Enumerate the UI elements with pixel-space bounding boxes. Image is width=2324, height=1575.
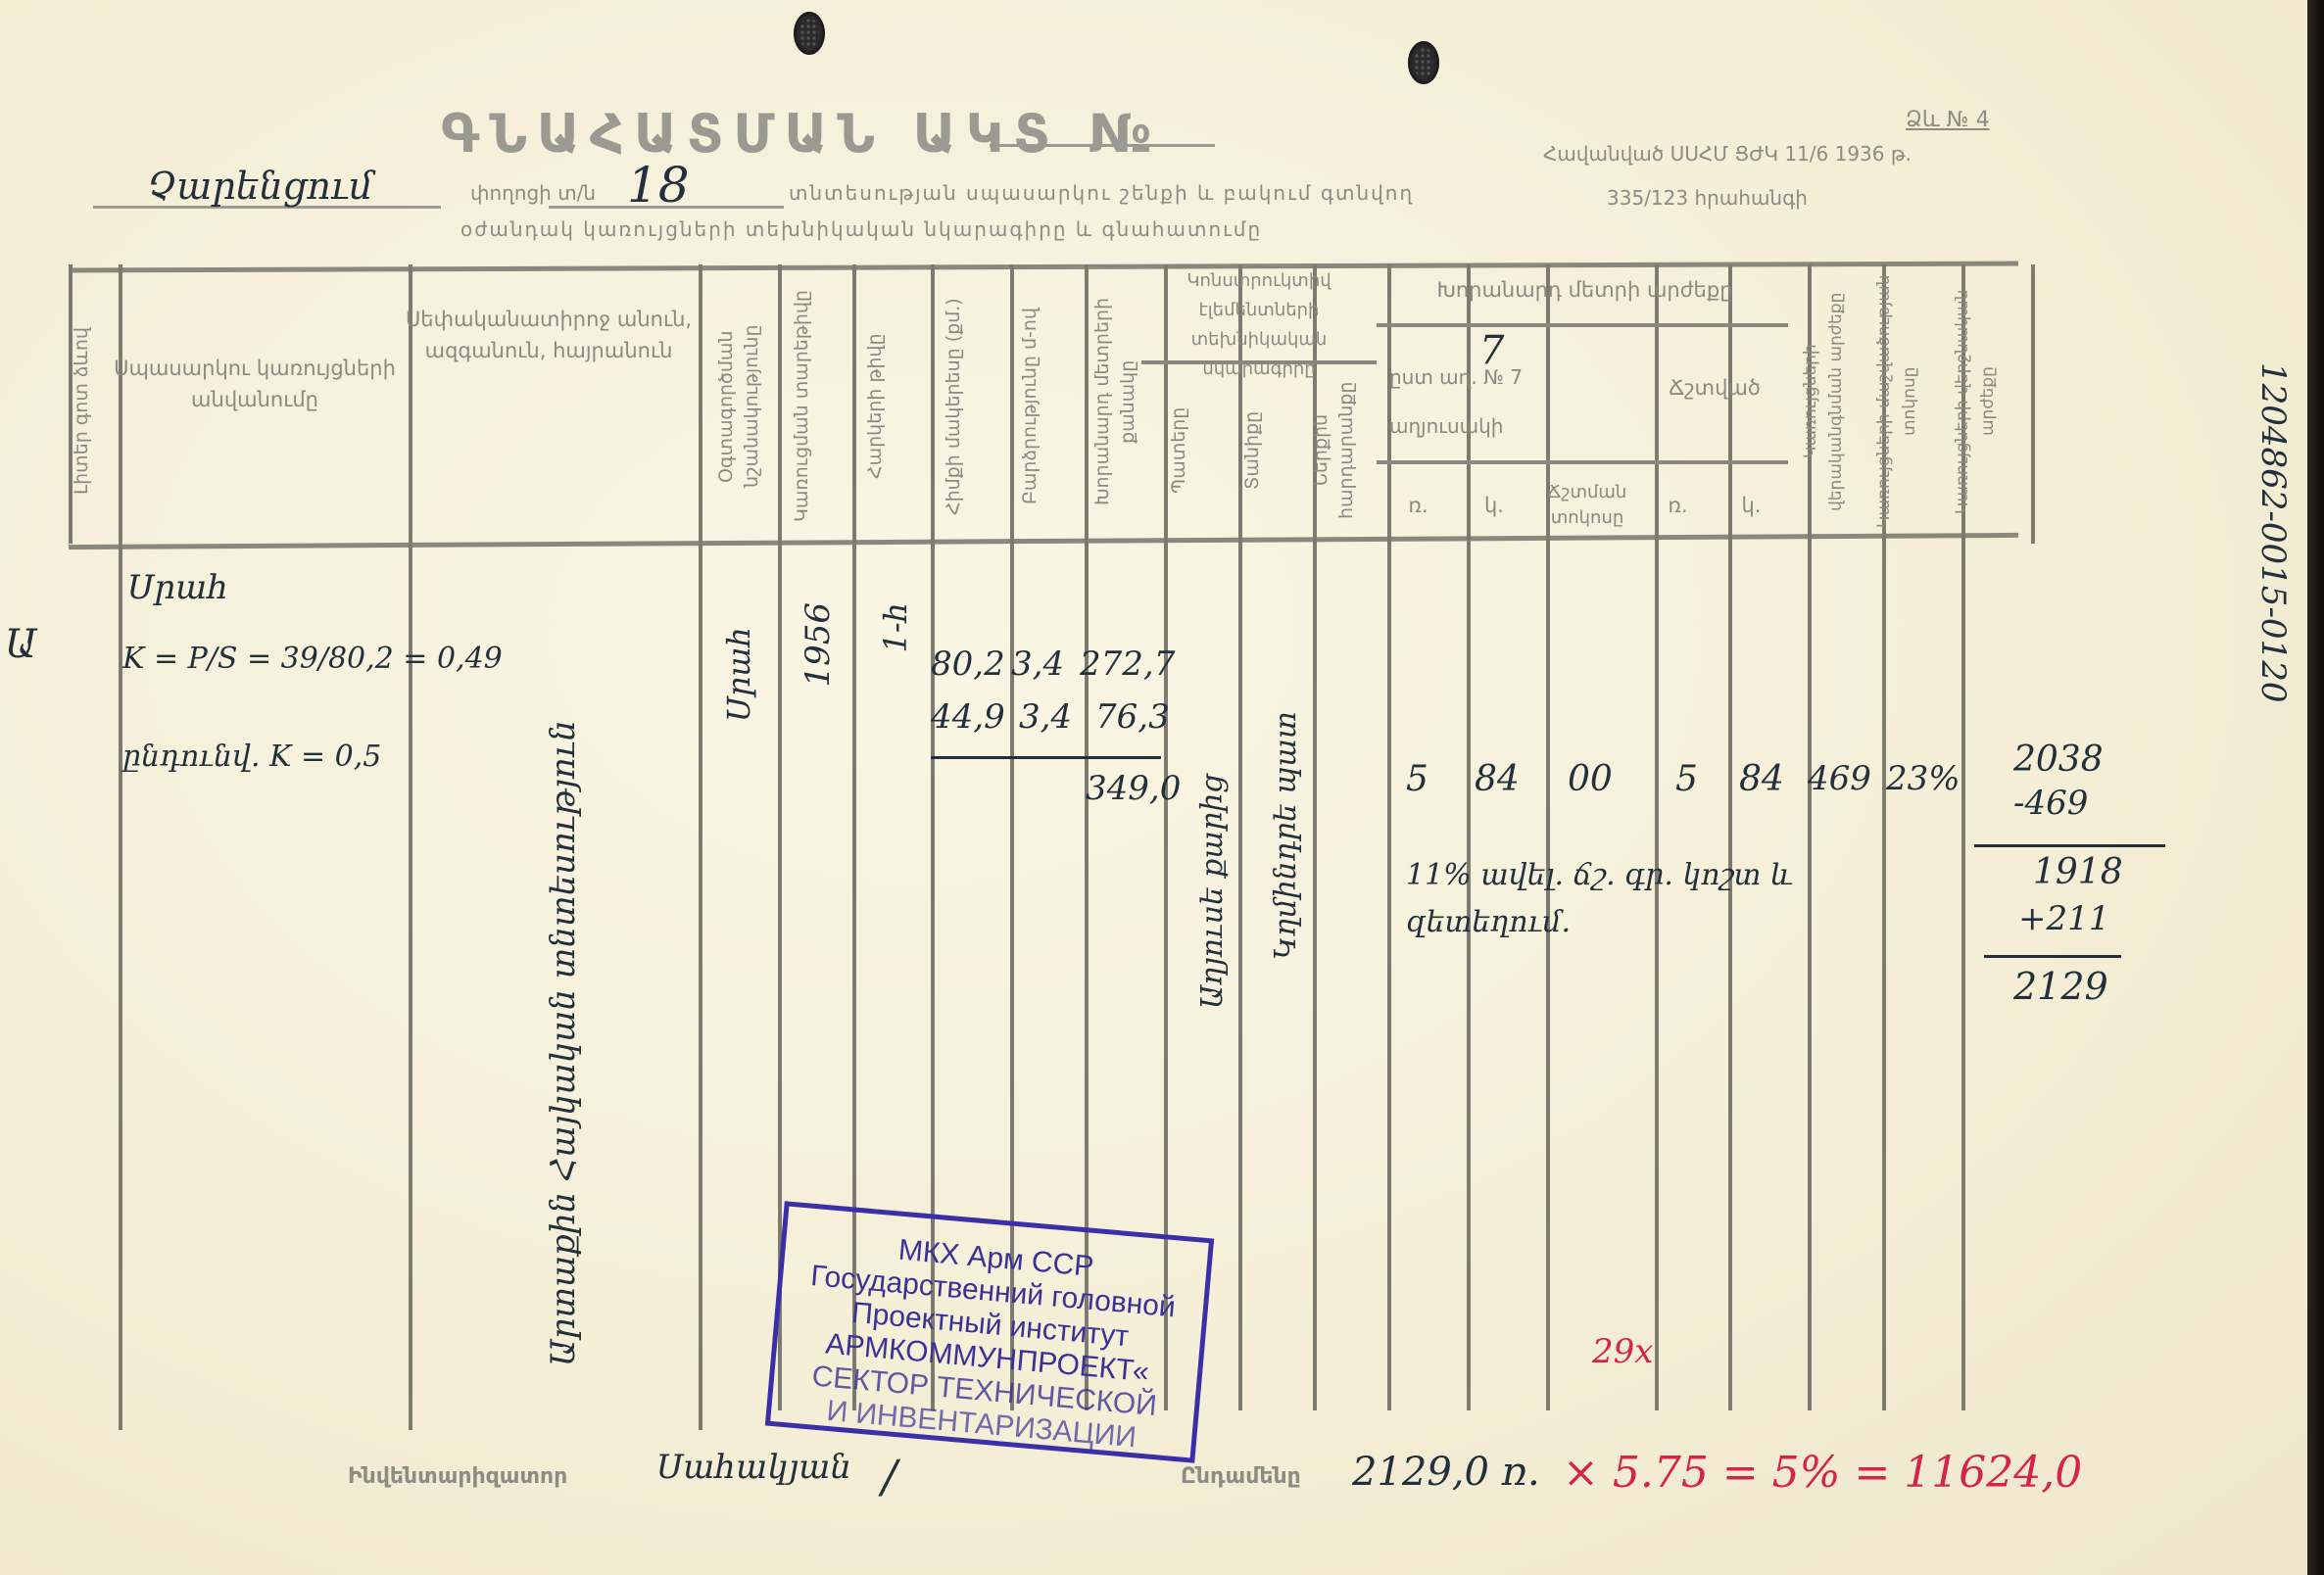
row-liter: Ա xyxy=(5,622,36,667)
approval-line-2: 335/123 հրահանգի xyxy=(1607,186,1808,210)
calc-line-1 xyxy=(1974,844,2165,847)
header-name: Սպասարկու կառույցների անվանումը xyxy=(108,353,402,415)
document-title: ԳՆԱՀԱՏՄԱՆ ԱԿՏ № xyxy=(441,103,1161,165)
header-adjusted: Ճշտված xyxy=(1641,372,1788,404)
header-year: Կառուցման տարեթիվը xyxy=(789,284,847,529)
header-purpose: Օգտագործման նշանակությունը xyxy=(713,284,772,529)
row-adjust-pct: 00 xyxy=(1568,759,1613,799)
header-constructive: Կոնստրուկտիվ էլեմենտների տեխնիկական նկար… xyxy=(1141,266,1377,384)
row-volume-2: 76,3 xyxy=(1095,697,1170,737)
price-subheader-line-2 xyxy=(1377,460,1788,464)
row-volume-total: 349,0 xyxy=(1086,769,1181,808)
table-column-rule xyxy=(1546,264,1550,1410)
scan-edge xyxy=(2307,0,2324,1575)
calc-4: +211 xyxy=(2018,899,2109,938)
header-by-table: ըստ աղ. № 7 աղյուսակի xyxy=(1381,353,1541,451)
punch-hole-icon xyxy=(794,12,825,55)
header-k-2: կ. xyxy=(1715,490,1788,521)
sum-line xyxy=(931,756,1161,759)
header-k-1: կ. xyxy=(1455,490,1533,521)
red-mark: 29x xyxy=(1592,1332,1653,1371)
row-note: 11% ավել. ճշ. գր. կոշտ և զետեղում. xyxy=(1406,852,1866,946)
row-wear-pct: 23% xyxy=(1886,759,1961,798)
row-adjusted-k: 84 xyxy=(1739,759,1784,799)
table-column-rule xyxy=(119,264,122,1430)
header-r-2: ռ. xyxy=(1641,490,1715,521)
district-handwritten: Չարենցում xyxy=(147,165,373,208)
table-column-rule xyxy=(1655,264,1659,1410)
row-name: Սրահ xyxy=(127,568,228,607)
table-number: 7 xyxy=(1479,328,1504,373)
inventory-label: Ինվենտարիզատոր xyxy=(348,1464,567,1489)
subtitle-line-1: տնտեսության սպասարկու շենքի և բակում գտն… xyxy=(789,181,1414,205)
table-column-rule xyxy=(2031,264,2035,544)
price-subheader-line xyxy=(1377,323,1788,327)
title-number-line xyxy=(990,144,1215,147)
row-year: 1956 xyxy=(799,602,838,688)
red-calculation: × 5.75 = 5% = 11624,0 xyxy=(1563,1448,2082,1498)
header-roof: Տանիքը xyxy=(1239,372,1279,529)
calc-3: 1918 xyxy=(2033,852,2123,892)
row-accepted: ընդունվ. K = 0,5 xyxy=(122,740,381,774)
row-height-2: 3,4 xyxy=(1019,697,1072,737)
row-purpose: Սրահ xyxy=(720,627,757,722)
row-area-2: 44,9 xyxy=(931,697,1005,737)
row-height-1: 3,4 xyxy=(1011,644,1064,684)
table-column-rule xyxy=(409,264,412,1430)
header-r-1: ռ. xyxy=(1381,490,1455,521)
header-floors: Հարկերի թիվը xyxy=(862,284,921,529)
institute-stamp: МКХ Арм ССР Государственний головной Про… xyxy=(765,1201,1214,1462)
header-walls: Պատերը xyxy=(1166,372,1205,529)
archive-number: 1204862-0015-0120 xyxy=(2253,362,2293,702)
header-adjust-pct: Ճշտման տոկոսը xyxy=(1533,480,1641,531)
table-column-rule xyxy=(699,264,702,1430)
row-price-k: 84 xyxy=(1475,759,1520,799)
header-volume: Խորանարդ մետրերի քանակը xyxy=(1089,274,1148,529)
total-label: Ընդամենը xyxy=(1181,1464,1301,1489)
row-adjusted-r: 5 xyxy=(1675,759,1698,799)
header-restore-value: Կառույցների վերականգնման արժեքը xyxy=(1798,274,1862,529)
calc-2: -469 xyxy=(2013,784,2088,823)
inventory-signature: Սահակյան xyxy=(656,1448,851,1487)
header-wear: Կառույցների մաշվածության տոկոսը xyxy=(1871,274,1935,529)
second-signature-mark: / xyxy=(882,1450,897,1503)
row-area-1: 80,2 xyxy=(931,644,1005,684)
calc-line-2 xyxy=(1984,955,2121,958)
row-restore-value: 469 xyxy=(1808,759,1871,798)
header-cubic-price: Խորանարդ մետրի արժեքը xyxy=(1381,274,1788,306)
row-owner: Արտաքին Հայկական տնտեսություն xyxy=(544,627,583,1459)
row-volume-1: 272,7 xyxy=(1080,644,1175,684)
row-floors: 1-հ xyxy=(877,602,914,653)
approval-line-1: Հավանված ՍՍՀՄ ՑԺԿ 11/6 1936 թ. xyxy=(1543,142,1912,166)
punch-hole-icon xyxy=(1408,41,1439,84)
calc-1: 2038 xyxy=(2013,740,2104,780)
header-height: Բարձրությունը մ-ով xyxy=(1017,284,1076,529)
header-area: Հիմքի մակերեսը (քմ.) xyxy=(941,284,999,529)
form-reference: Ձև № 4 xyxy=(1906,108,1990,132)
header-owner: Սեփականատիրոջ անուն, ազգանուն, հայրանուն xyxy=(402,304,696,366)
street-label: փողոցի տ/ն xyxy=(470,181,596,205)
table-column-rule xyxy=(1728,264,1732,1410)
row-formula: K = P/S = 39/80,2 = 0,49 xyxy=(122,642,503,676)
total-value: 2129,0 ռ. xyxy=(1352,1450,1540,1495)
header-final-value: Կառույցների վերջնական արժեքը xyxy=(1950,274,2009,529)
row-price-r: 5 xyxy=(1406,759,1428,799)
calc-total: 2129 xyxy=(2013,965,2108,1008)
row-walls: Աղյուսե քարից xyxy=(1195,686,1230,1009)
house-number: 18 xyxy=(627,157,690,214)
header-interior: Ներքին հարդարանքը xyxy=(1308,372,1357,529)
row-roof: Կղմինդրե պատ xyxy=(1269,686,1303,960)
subtitle-line-2: օժանդակ կառույցների տեխնիկական նկարագիրը… xyxy=(460,217,1262,241)
